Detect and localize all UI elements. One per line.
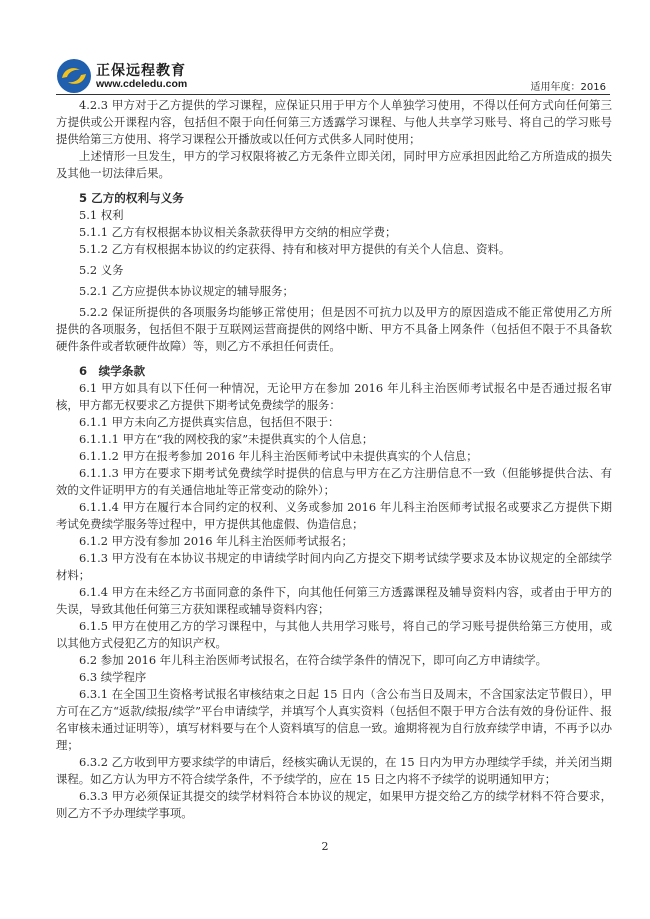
clause-6-1-2: 6.1.2 甲方没有参加 2016 年儿科主治医师考试报名； [56,533,612,550]
clause-6-3: 6.3 续学程序 [56,669,612,686]
clause-5-2-2: 5.2.2 保证所提供的各项服务均能够正常使用；但是因不可抗力以及甲方的原因造成… [56,304,612,355]
clause-6-2: 6.2 参加 2016 年儿科主治医师考试报名，在符合续学条件的情况下，即可向乙… [56,652,612,669]
brand-url: www.cdeledu.com [96,78,187,90]
clause-5-1: 5.1 权利 [56,207,612,224]
header-divider [56,94,610,95]
cdeledu-logo-icon [56,58,92,94]
clause-6-1-1-1: 6.1.1.1 甲方在“我的网校我的家”未提供真实的个人信息； [56,431,612,448]
clause-6-1-1-4: 6.1.1.4 甲方在履行本合同约定的权利、义务或参加 2016 年儿科主治医师… [56,499,612,533]
clause-6-3-1: 6.3.1 在全国卫生资格考试报名审核结束之日起 15 日内（含公布当日及周末，… [56,686,612,754]
clause-6-1-1-3: 6.1.1.3 甲方在要求下期考试免费续学时提供的信息与甲方在乙方注册信息不一致… [56,465,612,499]
clause-6-1-5: 6.1.5 甲方在使用乙方的学习课程中，与其他人共用学习账号，将自己的学习账号提… [56,618,612,652]
clause-6-3-3: 6.3.3 甲方必须保证其提交的续学材料符合本协议的规定，如果甲方提交给乙方的续… [56,788,612,822]
page-header: 正保远程教育 www.cdeledu.com 适用年度：2016 [56,58,610,94]
page-number: 2 [0,840,650,853]
clause-consequence: 上述情形一旦发生，甲方的学习权限将被乙方无条件立即关闭，同时甲方应承担因此给乙方… [56,148,612,182]
applicable-year: 适用年度：2016 [531,78,606,93]
clause-6-1-1: 6.1.1 甲方未向乙方提供真实信息，包括但不限于： [56,414,612,431]
clause-6-1: 6.1 甲方如具有以下任何一种情况，无论甲方在参加 2016 年儿科主治医师考试… [56,380,612,414]
section-heading-5: 5 乙方的权利与义务 [56,190,612,207]
clause-6-1-4: 6.1.4 甲方在未经乙方书面同意的条件下，向其他任何第三方透露课程及辅导资料内… [56,584,612,618]
clause-5-1-2: 5.1.2 乙方有权根据本协议的约定获得、持有和核对甲方提供的有关个人信息、资料… [56,241,612,258]
document-body: 4.2.3 甲方对于乙方提供的学习课程，应保证只用于甲方个人单独学习使用，不得以… [56,97,612,822]
clause-6-3-2: 6.3.2 乙方收到甲方要求续学的申请后，经核实确认无误的，在 15 日内为甲方… [56,754,612,788]
section-heading-6: 6 续学条款 [56,363,612,380]
clause-5-2-1: 5.2.1 乙方应提供本协议规定的辅导服务； [56,283,612,300]
clause-5-1-1: 5.1.1 乙方有权根据本协议相关条款获得甲方交纳的相应学费； [56,224,612,241]
clause-4-2-3: 4.2.3 甲方对于乙方提供的学习课程，应保证只用于甲方个人单独学习使用，不得以… [56,97,612,148]
clause-6-1-1-2: 6.1.1.2 甲方在报考参加 2016 年儿科主治医师考试中未提供真实的个人信… [56,448,612,465]
clause-6-1-3: 6.1.3 甲方没有在本协议书规定的申请续学时间内向乙方提交下期考试续学要求及本… [56,550,612,584]
brand-name: 正保远程教育 [96,60,186,80]
clause-5-2: 5.2 义务 [56,262,612,279]
